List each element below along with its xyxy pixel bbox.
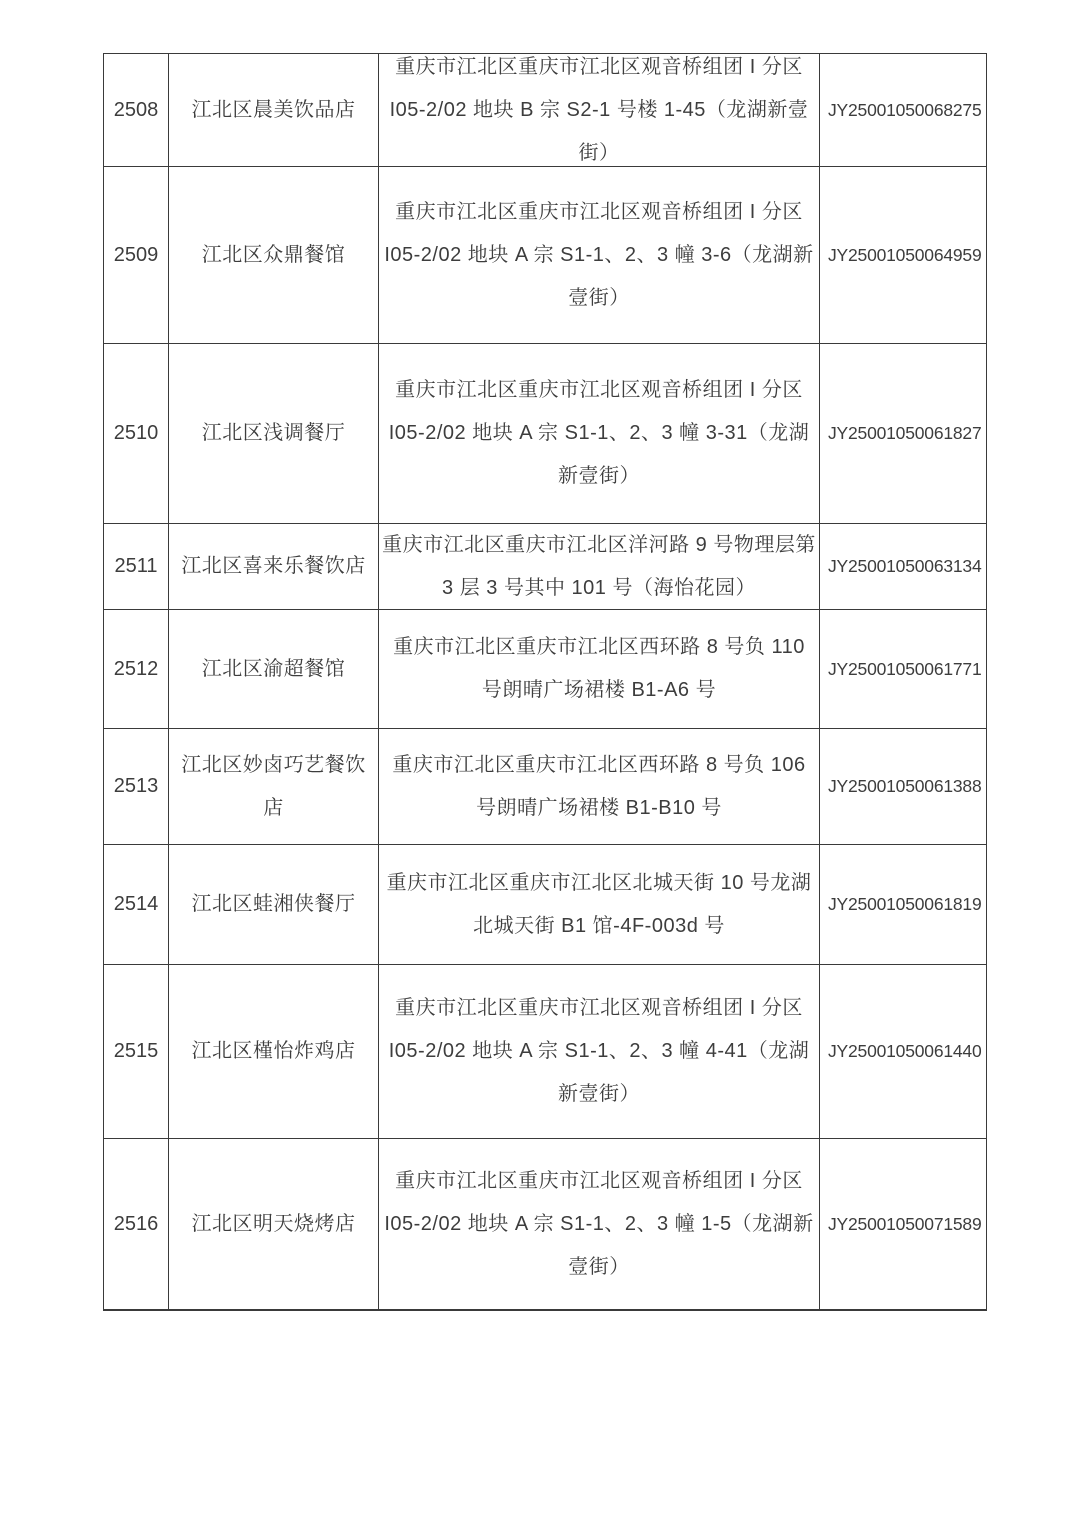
license-number: JY25001050061827 [828,412,981,455]
license-number: JY25001050061819 [828,883,981,926]
license-number: JY25001050063134 [828,545,981,588]
table-row: 2511 江北区喜来乐餐饮店 重庆市江北区重庆市江北区洋河路 9 号物理层第 3… [104,523,986,609]
table-row: 2516 江北区明天烧烤店 重庆市江北区重庆市江北区观音桥组团 I 分区 I05… [104,1138,986,1309]
license-number-cell: JY25001050061827 [819,344,986,523]
row-number-cell: 2515 [104,965,168,1138]
license-number-cell: JY25001050061771 [819,610,986,728]
business-address: 重庆市江北区重庆市江北区西环路 8 号负 106 号朗晴广场裙楼 B1-B10 … [381,744,817,830]
business-address: 重庆市江北区重庆市江北区西环路 8 号负 110 号朗晴广场裙楼 B1-A6 号 [381,626,817,712]
business-address-cell: 重庆市江北区重庆市江北区洋河路 9 号物理层第 3 层 3 号其中 101 号（… [378,524,819,609]
business-name: 江北区妙卤巧艺餐饮店 [173,744,374,830]
row-number-cell: 2511 [104,524,168,609]
business-name: 江北区蛙湘侠餐厅 [173,883,374,926]
row-number-cell: 2514 [104,845,168,964]
business-address: 重庆市江北区重庆市江北区洋河路 9 号物理层第 3 层 3 号其中 101 号（… [381,524,817,609]
business-name-cell: 江北区众鼎餐馆 [168,167,378,343]
business-name: 江北区浅调餐厅 [173,412,374,455]
license-number-cell: JY25001050064959 [819,167,986,343]
business-name-cell: 江北区晨美饮品店 [168,54,378,166]
license-number-cell: JY25001050061388 [819,729,986,844]
business-name-cell: 江北区浅调餐厅 [168,344,378,523]
business-name-cell: 江北区喜来乐餐饮店 [168,524,378,609]
business-name-cell: 江北区蛙湘侠餐厅 [168,845,378,964]
business-name-cell: 江北区妙卤巧艺餐饮店 [168,729,378,844]
table-row: 2508 江北区晨美饮品店 重庆市江北区重庆市江北区观音桥组团 I 分区 I05… [104,54,986,166]
business-address: 重庆市江北区重庆市江北区观音桥组团 I 分区 I05-2/02 地块 B 宗 S… [381,54,817,166]
license-number: JY25001050061771 [828,648,981,691]
license-number-cell: JY25001050063134 [819,524,986,609]
license-number-cell: JY25001050071589 [819,1139,986,1309]
business-address: 重庆市江北区重庆市江北区北城天街 10 号龙湖北城天街 B1 馆-4F-003d… [381,862,817,948]
table-row: 2514 江北区蛙湘侠餐厅 重庆市江北区重庆市江北区北城天街 10 号龙湖北城天… [104,844,986,964]
row-number: 2511 [114,545,157,588]
business-address-cell: 重庆市江北区重庆市江北区北城天街 10 号龙湖北城天街 B1 馆-4F-003d… [378,845,819,964]
business-address-cell: 重庆市江北区重庆市江北区观音桥组团 I 分区 I05-2/02 地块 A 宗 S… [378,344,819,523]
business-address-cell: 重庆市江北区重庆市江北区西环路 8 号负 110 号朗晴广场裙楼 B1-A6 号 [378,610,819,728]
row-number: 2512 [114,648,159,691]
row-number: 2510 [114,412,159,455]
license-number: JY25001050064959 [828,234,981,277]
row-number: 2514 [114,883,159,926]
business-address-cell: 重庆市江北区重庆市江北区观音桥组团 I 分区 I05-2/02 地块 A 宗 S… [378,965,819,1138]
row-number: 2516 [114,1203,159,1246]
table-row: 2509 江北区众鼎餐馆 重庆市江北区重庆市江北区观音桥组团 I 分区 I05-… [104,166,986,343]
license-table: 2508 江北区晨美饮品店 重庆市江北区重庆市江北区观音桥组团 I 分区 I05… [103,53,987,1311]
table-row: 2510 江北区浅调餐厅 重庆市江北区重庆市江北区观音桥组团 I 分区 I05-… [104,343,986,523]
license-number: JY25001050061440 [828,1030,981,1073]
business-name: 江北区喜来乐餐饮店 [173,545,374,588]
row-number-cell: 2512 [104,610,168,728]
business-name: 江北区晨美饮品店 [173,89,374,132]
business-name: 江北区渝超餐馆 [173,648,374,691]
business-address-cell: 重庆市江北区重庆市江北区西环路 8 号负 106 号朗晴广场裙楼 B1-B10 … [378,729,819,844]
row-number-cell: 2508 [104,54,168,166]
row-number: 2515 [114,1030,159,1073]
business-name-cell: 江北区槿怡炸鸡店 [168,965,378,1138]
business-name-cell: 江北区渝超餐馆 [168,610,378,728]
business-name: 江北区众鼎餐馆 [173,234,374,277]
license-number: JY25001050071589 [828,1203,981,1246]
row-number: 2508 [114,89,159,132]
table-row: 2515 江北区槿怡炸鸡店 重庆市江北区重庆市江北区观音桥组团 I 分区 I05… [104,964,986,1138]
license-number: JY25001050068275 [828,89,981,132]
business-address-cell: 重庆市江北区重庆市江北区观音桥组团 I 分区 I05-2/02 地块 A 宗 S… [378,1139,819,1309]
row-number-cell: 2510 [104,344,168,523]
business-address-cell: 重庆市江北区重庆市江北区观音桥组团 I 分区 I05-2/02 地块 B 宗 S… [378,54,819,166]
business-name-cell: 江北区明天烧烤店 [168,1139,378,1309]
license-number-cell: JY25001050061819 [819,845,986,964]
business-address: 重庆市江北区重庆市江北区观音桥组团 I 分区 I05-2/02 地块 A 宗 S… [381,191,817,320]
business-name: 江北区明天烧烤店 [173,1203,374,1246]
business-address: 重庆市江北区重庆市江北区观音桥组团 I 分区 I05-2/02 地块 A 宗 S… [381,1160,817,1289]
table-row: 2512 江北区渝超餐馆 重庆市江北区重庆市江北区西环路 8 号负 110 号朗… [104,609,986,728]
table-row: 2513 江北区妙卤巧艺餐饮店 重庆市江北区重庆市江北区西环路 8 号负 106… [104,728,986,844]
business-address: 重庆市江北区重庆市江北区观音桥组团 I 分区 I05-2/02 地块 A 宗 S… [381,369,817,498]
row-number-cell: 2516 [104,1139,168,1309]
row-number: 2509 [114,234,159,277]
business-address: 重庆市江北区重庆市江北区观音桥组团 I 分区 I05-2/02 地块 A 宗 S… [381,987,817,1116]
row-number-cell: 2509 [104,167,168,343]
document-page: 2508 江北区晨美饮品店 重庆市江北区重庆市江北区观音桥组团 I 分区 I05… [0,0,1074,1520]
license-number-cell: JY25001050068275 [819,54,986,166]
business-address-cell: 重庆市江北区重庆市江北区观音桥组团 I 分区 I05-2/02 地块 A 宗 S… [378,167,819,343]
business-name: 江北区槿怡炸鸡店 [173,1030,374,1073]
row-number: 2513 [114,765,159,808]
license-number-cell: JY25001050061440 [819,965,986,1138]
license-number: JY25001050061388 [828,765,981,808]
row-number-cell: 2513 [104,729,168,844]
